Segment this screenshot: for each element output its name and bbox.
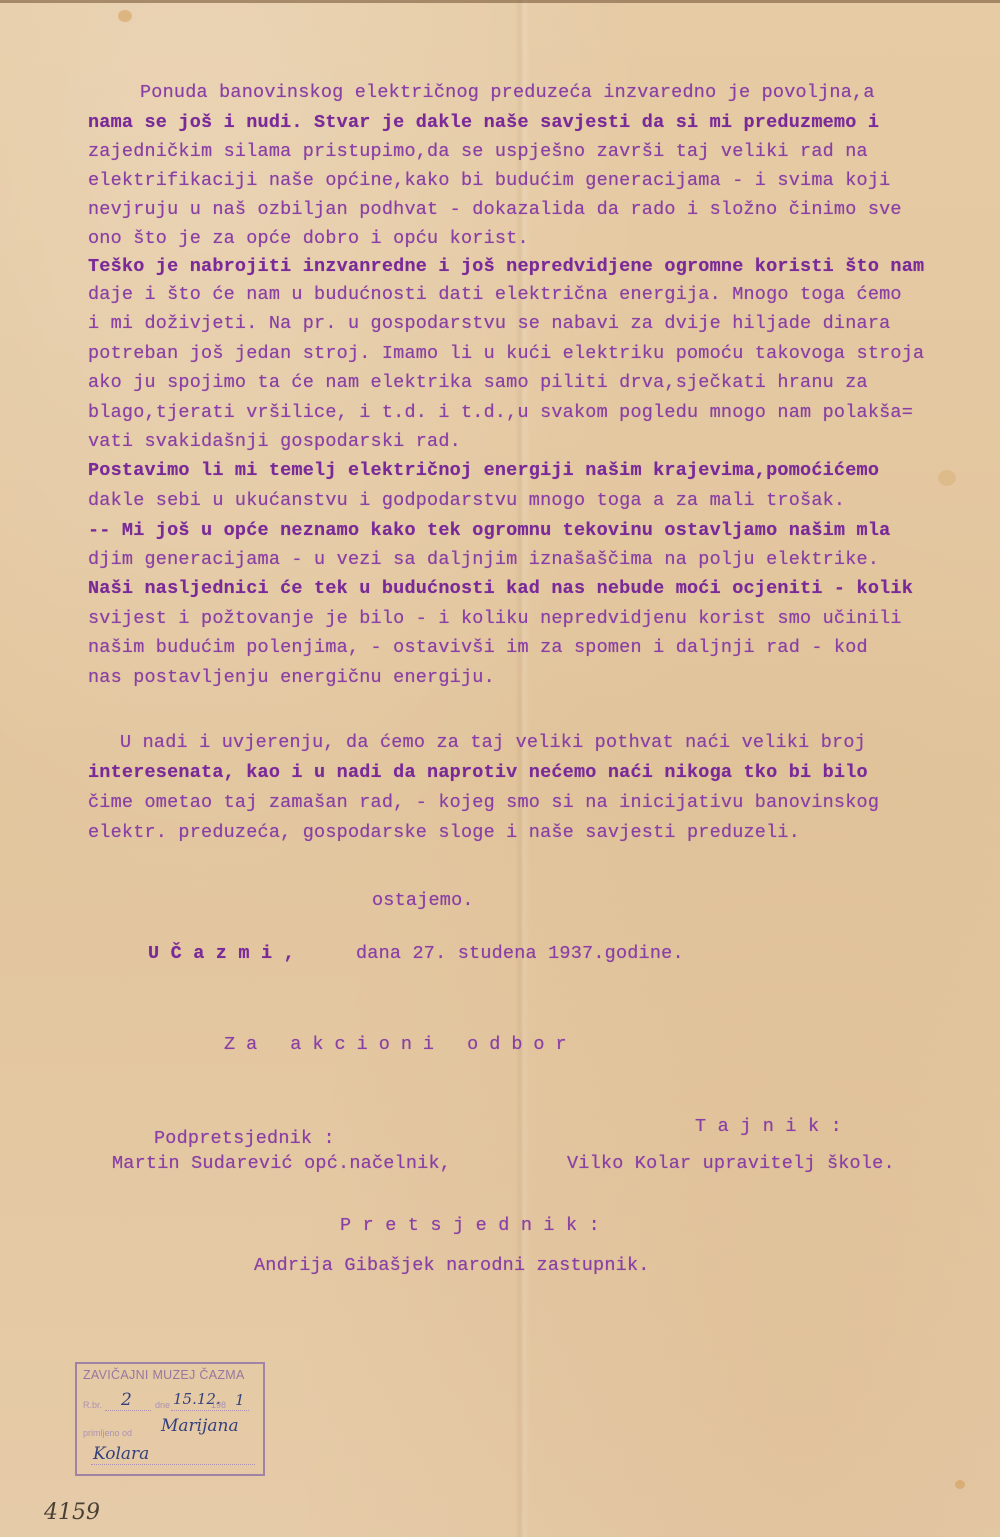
text-line: ono što je za opće dobro i opću korist.	[88, 228, 529, 250]
president-name: Andrija Gibašjek narodni zastupnik.	[254, 1255, 650, 1277]
stamp-received-label: primljeno od	[83, 1428, 132, 1438]
archive-number: 4159	[44, 1500, 100, 1525]
text-line: i mi doživjeti. Na pr. u gospodarstvu se…	[88, 313, 890, 335]
stamp-year-value: 1	[235, 1391, 245, 1409]
text-line: vati svakidašnji gospodarski rad.	[88, 431, 461, 453]
text-line: našim budućim polenjima, - ostavivši im …	[88, 637, 868, 659]
text-line: potreban još jedan stroj. Imamo li u kuć…	[88, 343, 924, 365]
museum-stamp: ZAVIČAJNI MUZEJ ČAZMA R.br. 2 dne 15.12.…	[75, 1362, 265, 1476]
text-line: blago,tjerati vršilice, i t.d. i t.d.,u …	[88, 402, 913, 424]
stamp-received-from-line1: Marijana	[161, 1416, 239, 1436]
vice-president-name: Martin Sudarević opć.načelnik,	[112, 1153, 451, 1175]
text-line: interesenata, kao i u nadi da naprotiv n…	[88, 762, 868, 784]
text-line: dakle sebi u ukućanstvu i godpodarstvu m…	[88, 490, 845, 512]
text-line: elektr. preduzeća, gospodarske sloge i n…	[88, 822, 800, 844]
secretary-title: T a j n i k :	[695, 1116, 842, 1138]
text-line: nas postavljenju energičnu energiju.	[88, 667, 495, 689]
stamp-year-prefix: 198	[211, 1400, 226, 1410]
text-line: elektrifikaciji naše općine,kako bi budu…	[88, 170, 890, 192]
paper-stain	[955, 1480, 965, 1489]
vice-president-title: Podpretsjednik :	[154, 1128, 335, 1150]
text-line: Postavimo li mi temelj električnoj energ…	[88, 460, 879, 482]
text-line: ako ju spojimo ta će nam elektrika samo …	[88, 372, 868, 394]
text-line: zajedničkim silama pristupimo,da se uspj…	[88, 141, 868, 163]
stamp-received-from-line2: Kolara	[93, 1444, 149, 1464]
text-line: nevjruju u naš ozbiljan podhvat - dokaza…	[88, 199, 902, 221]
text-line: djim generacijama - u vezi sa daljnjim i…	[88, 549, 879, 571]
text-line: Teško je nabrojiti inzvanredne i još nep…	[88, 256, 924, 278]
stamp-date-label: dne	[155, 1400, 170, 1410]
date-text: dana 27. studena 1937.godine.	[356, 943, 684, 965]
text-line: -- Mi još u opće neznamo kako tek ogromn…	[88, 520, 890, 542]
president-title: P r e t s j e d n i k :	[340, 1215, 600, 1237]
text-line: daje i što će nam u budućnosti dati elek…	[88, 284, 902, 306]
text-line: nama se još i nudi. Stvar je dakle naše …	[88, 112, 879, 134]
stamp-rule	[171, 1410, 249, 1411]
text-line: U nadi i uvjerenju, da ćemo za taj velik…	[120, 732, 866, 754]
stamp-rule	[91, 1464, 255, 1465]
stamp-title: ZAVIČAJNI MUZEJ ČAZMA	[83, 1368, 245, 1382]
stamp-rule	[105, 1410, 151, 1411]
stamp-number-value: 2	[121, 1390, 132, 1410]
document-page: Ponuda banovinskog električnog preduzeća…	[0, 0, 1000, 1537]
text-line: čime ometao taj zamašan rad, - kojeg smo…	[88, 792, 879, 814]
text-line: Naši nasljednici će tek u budućnosti kad…	[88, 578, 913, 600]
paper-stain	[938, 470, 956, 486]
text-line: Ponuda banovinskog električnog preduzeća…	[140, 82, 875, 104]
paper-stain	[118, 10, 132, 22]
place-text: U Č a z m i ,	[148, 943, 295, 965]
committee-heading: Za akcioni odbor	[224, 1034, 578, 1056]
stamp-number-label: R.br.	[83, 1400, 102, 1410]
paper-top-edge	[0, 0, 1000, 3]
closing-text: ostajemo.	[372, 890, 474, 912]
text-line: svijest i požtovanje je bilo - i koliku …	[88, 608, 902, 630]
secretary-name: Vilko Kolar upravitelj škole.	[567, 1153, 895, 1175]
